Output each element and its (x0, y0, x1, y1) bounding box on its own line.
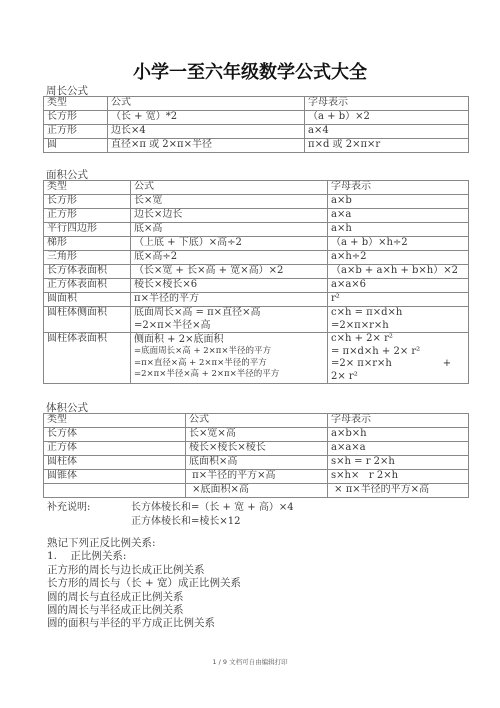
cell-type: 长方体 (44, 428, 186, 442)
header-formula: 公式 (108, 97, 305, 111)
proportion-item: 正方形的周长与边长成正比例关系 (47, 564, 205, 578)
letters-line: =2×π×r×h (331, 320, 465, 333)
table-row: 圆 直径×π 或 2×π×半径 π×d 或 2×π×r (44, 139, 469, 153)
cell-type: 圆柱体侧面积 (44, 307, 131, 333)
proportion-subheading: 1. 正比例关系: (47, 550, 126, 564)
cell-letters: c×h + 2× r² = π×d×h + 2× r² =2× π×r×h + … (328, 333, 469, 384)
table-row: 正方形 边长×边长 a×a (44, 209, 469, 223)
header-type: 类型 (44, 181, 131, 195)
cell-formula: （长 + 宽）*2 (108, 111, 305, 125)
cell-letters: a×a×6 (328, 279, 469, 293)
cell-type: 正方形 (44, 209, 131, 223)
perimeter-table: 类型 公式 字母表示 长方形 （长 + 宽）*2 （a + b）×2 正方形 边… (43, 96, 469, 153)
cell-type: 圆柱体 (44, 456, 186, 470)
cell-type: 三角形 (44, 251, 131, 265)
proportion-item: 圆的周长与半径成正比例关系 (47, 604, 184, 618)
volume-table: 类型 公式 字母表示 长方体 长×宽×高 a×b×h 正方体 棱长×棱长×棱长 … (43, 413, 469, 498)
proportion-item: 圆的周长与直径成正比例关系 (47, 591, 184, 605)
cell-type: 长方形 (44, 111, 108, 125)
table-row: 平行四边形 底×高 a×h (44, 223, 469, 237)
cell-type: 圆锥体 (44, 470, 186, 484)
cell-type: 平行四边形 (44, 223, 131, 237)
cell-formula: 边长×边长 (131, 209, 328, 223)
letters-line: = π×d×h + 2× r² (331, 346, 465, 359)
table-row: 正方体表面积 棱长×棱长×6 a×a×6 (44, 279, 469, 293)
formula-line: =2×π×半径×高 + 2×π×半径的平方 (134, 369, 324, 381)
cell-formula: 底面周长×高 = π×直径×高 =2×π×半径×高 (131, 307, 328, 333)
document-title: 小学一至六年级数学公式大全 (0, 58, 500, 84)
cell-letters: a×b (328, 195, 469, 209)
cell-type: 圆柱体表面积 (44, 333, 131, 384)
cell-formula: 底面积×高 (186, 456, 328, 470)
cell-letters: （a×b + a×h + b×h）×2 (328, 265, 469, 279)
table-row: 圆柱体 底面积×高 s×h = r 2×h (44, 456, 469, 470)
supplement-label: 补充说明: (47, 498, 90, 513)
table-row: 长方形 长×宽 a×b (44, 195, 469, 209)
cell-type: 梯形 (44, 237, 131, 251)
cell-letters: （a + b）×h÷2 (328, 237, 469, 251)
header-type: 类型 (44, 97, 108, 111)
table-row: 长方体表面积 （长×宽 + 长×高 + 宽×高）×2 （a×b + a×h + … (44, 265, 469, 279)
letters-line: c×h + 2× r² (331, 333, 465, 346)
cell-letters: （a + b）×2 (305, 111, 469, 125)
cell-letters: a×b×h (328, 428, 469, 442)
cell-letters: c×h = π×d×h =2×π×r×h (328, 307, 469, 333)
cell-formula: 侧面积 + 2×底面积 =底面周长×高 + 2×π×半径的平方 =π×直径×高 … (131, 333, 328, 384)
cell-letters: a×h÷2 (328, 251, 469, 265)
letters-line: 2× r² (331, 371, 465, 384)
cell-type: 长方体表面积 (44, 265, 131, 279)
cell-letters: × π×半径的平方×高 (328, 484, 469, 498)
table-row: 圆锥体 π×半径的平方×高 s×h× r 2×h (44, 470, 469, 484)
letters-line: c×h = π×d×h (331, 307, 465, 320)
cell-formula: 长×宽 (131, 195, 328, 209)
supplement-line: 长方体棱长和=（长 + 宽 + 高）×4 (131, 498, 294, 513)
table-header-row: 类型 公式 字母表示 (44, 414, 469, 428)
header-letters: 字母表示 (328, 181, 469, 195)
cell-type (44, 484, 186, 498)
cell-formula: 底×高÷2 (131, 251, 328, 265)
table-row: 正方形 边长×4 a×4 (44, 125, 469, 139)
cell-formula: 棱长×棱长×棱长 (186, 442, 328, 456)
header-letters: 字母表示 (328, 414, 469, 428)
proportion-item: 圆的面积与半径的平方成正比例关系 (47, 617, 215, 631)
formula-line: 侧面积 + 2×底面积 (134, 333, 324, 346)
cell-type: 圆面积 (44, 293, 131, 307)
cell-type: 正方体表面积 (44, 279, 131, 293)
cell-formula: 长×宽×高 (186, 428, 328, 442)
table-row: ×底面积×高 × π×半径的平方×高 (44, 484, 469, 498)
cell-formula: （上底 + 下底）×高÷2 (131, 237, 328, 251)
cell-letters: s×h× r 2×h (328, 470, 469, 484)
cell-formula: π×半径的平方×高 (186, 470, 328, 484)
area-table: 类型 公式 字母表示 长方形 长×宽 a×b 正方形 边长×边长 a×a 平行四… (43, 180, 469, 384)
header-type: 类型 (44, 414, 186, 428)
table-row: 圆柱体表面积 侧面积 + 2×底面积 =底面周长×高 + 2×π×半径的平方 =… (44, 333, 469, 384)
cell-type: 正方体 (44, 442, 186, 456)
cell-formula: （长×宽 + 长×高 + 宽×高）×2 (131, 265, 328, 279)
cell-letters: a×h (328, 223, 469, 237)
cell-letters: a×4 (305, 125, 469, 139)
table-row: 圆面积 π×半径的平方 r² (44, 293, 469, 307)
cell-letters: s×h = r 2×h (328, 456, 469, 470)
proportion-item: 长方形的周长与（长 + 宽）成正比例关系 (47, 577, 241, 591)
cell-formula: 直径×π 或 2×π×半径 (108, 139, 305, 153)
cell-type: 长方形 (44, 195, 131, 209)
header-letters: 字母表示 (305, 97, 469, 111)
table-row: 三角形 底×高÷2 a×h÷2 (44, 251, 469, 265)
formula-line: =底面周长×高 + 2×π×半径的平方 (134, 346, 324, 358)
header-formula: 公式 (186, 414, 328, 428)
cell-letters: π×d 或 2×π×r (305, 139, 469, 153)
table-row: 长方形 （长 + 宽）*2 （a + b）×2 (44, 111, 469, 125)
cell-letters: r² (328, 293, 469, 307)
cell-letters: a×a×a (328, 442, 469, 456)
cell-formula: π×半径的平方 (131, 293, 328, 307)
letters-line: =2× π×r×h + (331, 358, 465, 371)
table-header-row: 类型 公式 字母表示 (44, 181, 469, 195)
table-row: 圆柱体侧面积 底面周长×高 = π×直径×高 =2×π×半径×高 c×h = π… (44, 307, 469, 333)
cell-formula: 棱长×棱长×6 (131, 279, 328, 293)
cell-type: 圆 (44, 139, 108, 153)
page-footer: 1 / 9 文档可自由编辑打印 (0, 657, 500, 666)
table-row: 正方体 棱长×棱长×棱长 a×a×a (44, 442, 469, 456)
formula-line: 底面周长×高 = π×直径×高 (134, 307, 324, 320)
supplement-line: 正方体棱长和=棱长×12 (131, 512, 240, 527)
table-row: 梯形 （上底 + 下底）×高÷2 （a + b）×h÷2 (44, 237, 469, 251)
cell-formula: 边长×4 (108, 125, 305, 139)
formula-line: =π×直径×高 + 2×π×半径的平方 (134, 358, 324, 370)
cell-letters: a×a (328, 209, 469, 223)
cell-formula: 底×高 (131, 223, 328, 237)
cell-formula: ×底面积×高 (186, 484, 328, 498)
table-header-row: 类型 公式 字母表示 (44, 97, 469, 111)
formula-line: =2×π×半径×高 (134, 320, 324, 333)
proportion-heading: 熟记下列正反比例关系: (47, 537, 156, 551)
cell-type: 正方形 (44, 125, 108, 139)
header-formula: 公式 (131, 181, 328, 195)
table-row: 长方体 长×宽×高 a×b×h (44, 428, 469, 442)
